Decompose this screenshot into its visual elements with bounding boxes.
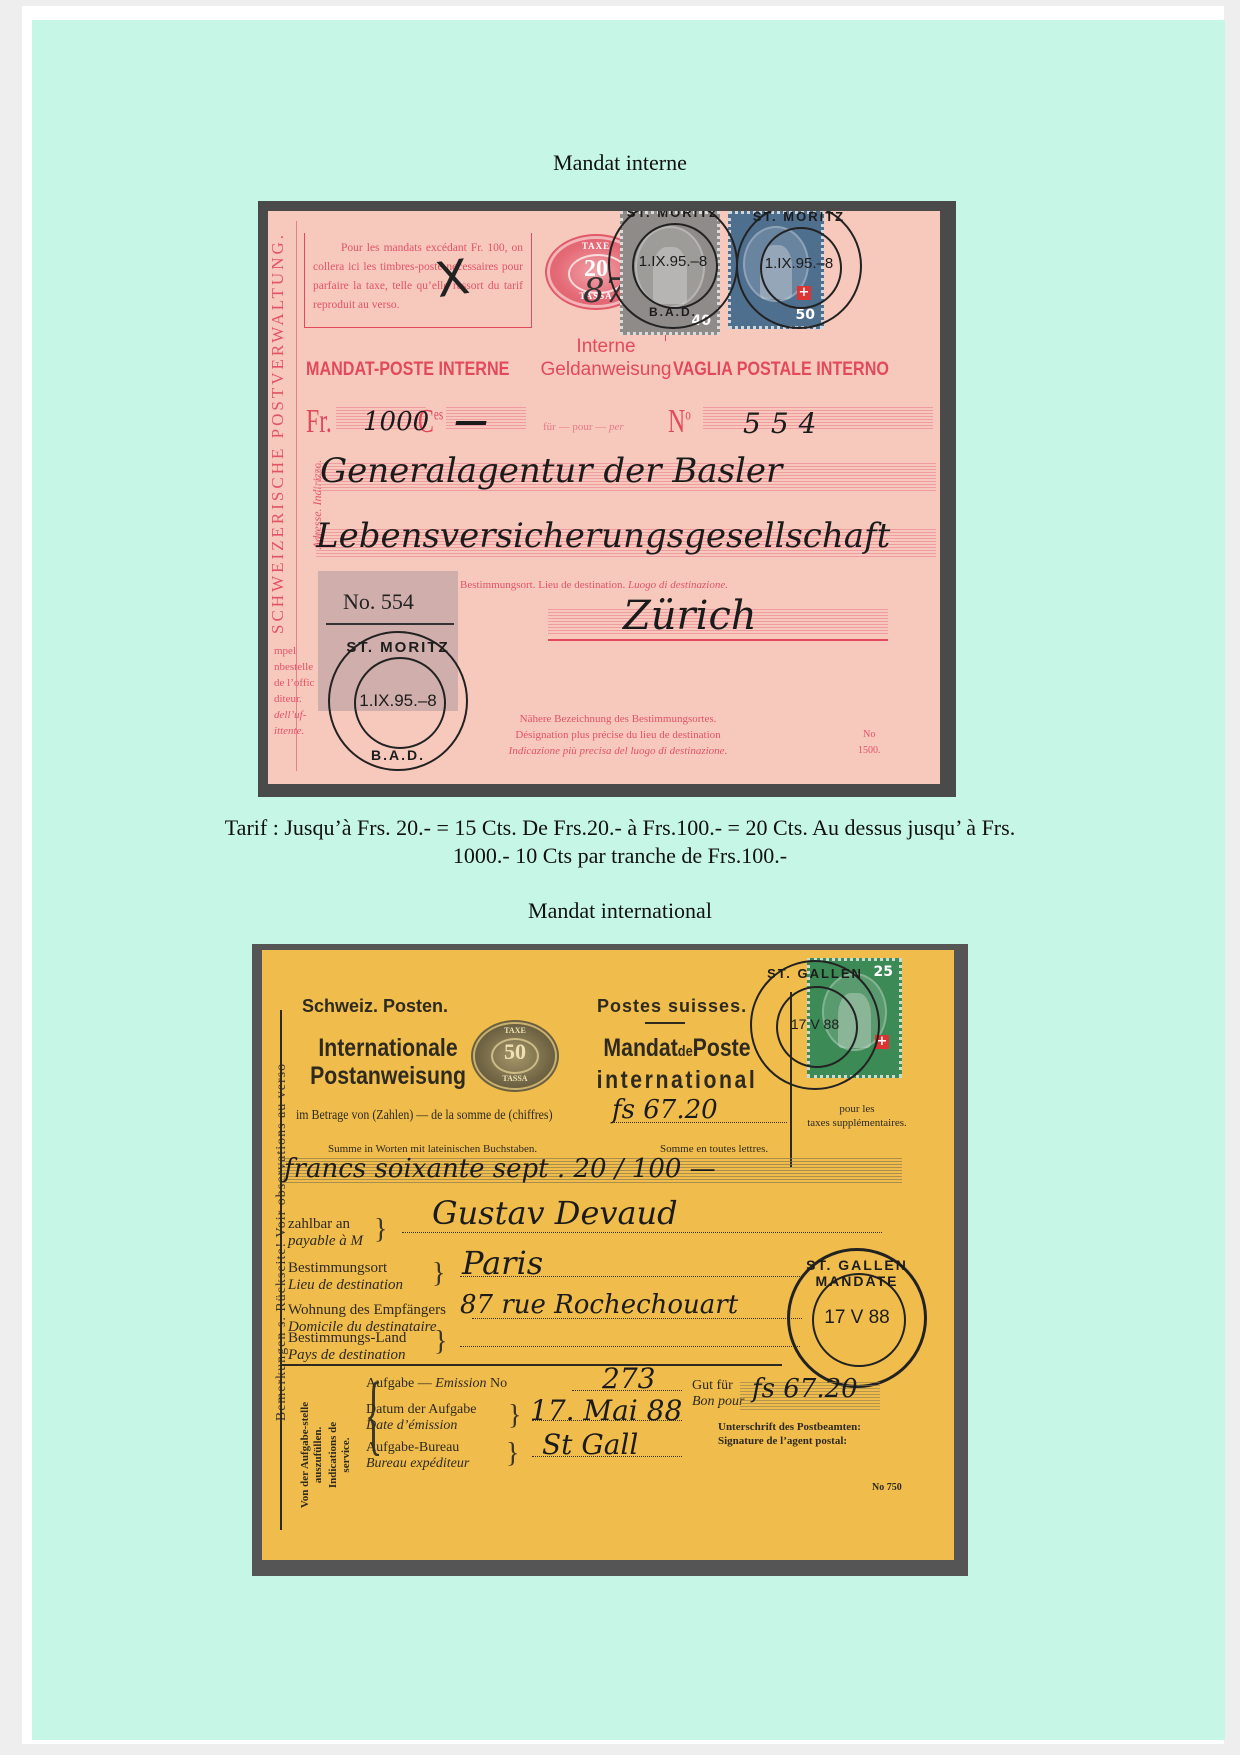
divider bbox=[548, 639, 888, 641]
header-fr: Postes suisses. bbox=[597, 996, 747, 1017]
title-it: VAGLIA POSTALE INTERNO bbox=[673, 359, 889, 381]
bureau-label: Aufgabe-Bureau Bureau expéditeur bbox=[366, 1440, 469, 1472]
form-number: No 1500. bbox=[858, 727, 881, 759]
header-de: Schweiz. Posten. bbox=[302, 996, 448, 1017]
payee-handwritten: Gustav Devaud bbox=[432, 1194, 678, 1232]
side-label-a: Von der Aufgabe-stelle auszufüllen. bbox=[299, 1395, 329, 1515]
fr-label: Fr. bbox=[306, 403, 332, 441]
form-number: No 750 bbox=[872, 1482, 902, 1493]
notice-text: Pour les mandats excédant Fr. 100, on co… bbox=[313, 239, 523, 315]
good-for-handwritten: fs 67.20 bbox=[752, 1374, 858, 1404]
good-for-label: Gut für Bon pour bbox=[692, 1378, 745, 1410]
footer-text: Nähere Bezeichnung des Bestimmungsortes.… bbox=[448, 711, 788, 759]
side-label-b: Indications de service. bbox=[327, 1405, 357, 1505]
postmark-stmoritz-1: ST. MORITZ 1.IX.95.–8 B.A.D. bbox=[608, 211, 738, 329]
title-de-line1: Interne bbox=[526, 335, 686, 358]
coupon-number: No. 554 bbox=[343, 589, 414, 615]
date-handwritten: 17. Mai 88 bbox=[530, 1394, 682, 1427]
country-field bbox=[460, 1346, 800, 1347]
for-label: für — pour — per bbox=[543, 421, 624, 433]
title-fr: MandatdePoste international bbox=[588, 1034, 767, 1094]
cents-handwritten: — bbox=[454, 401, 488, 441]
destination-handwritten: Zürich bbox=[623, 593, 757, 639]
country-label: Bestimmungs-Land Pays de destination bbox=[288, 1330, 406, 1364]
taxes-note: pour les taxes supplémentaires. bbox=[792, 1102, 922, 1130]
tax-value: 50 bbox=[475, 1039, 555, 1065]
divider bbox=[645, 1022, 685, 1024]
left-fragment-text: mpel nbestelle de l’offic diteur. dell’u… bbox=[274, 643, 314, 739]
words-handwritten: francs soixante sept . 20 / 100 — bbox=[284, 1154, 716, 1184]
addressee-line2: Lebensversicherungsgesellschaft bbox=[316, 516, 890, 556]
emission-label: Aufgabe — Emission No bbox=[366, 1376, 507, 1392]
tarif-text: Tarif : Jusqu’à Frs. 20.- = 15 Cts. De F… bbox=[140, 814, 1100, 870]
tarif-line-2: 1000.- 10 Cts par tranche de Frs.100.- bbox=[140, 842, 1100, 870]
destination-handwritten: Paris bbox=[462, 1244, 543, 1282]
postmark-stmoritz-2: ST. MORITZ 1.IX.95.–8 bbox=[736, 211, 862, 329]
destination-label: Bestimmungsort. Lieu de destination. Luo… bbox=[460, 579, 728, 591]
money-order-internal: SCHWEIZERISCHE POSTVERWALTUNG. Adresse. … bbox=[268, 211, 940, 784]
postmark-stgallen-mandate: ST. GALLEN MANDATE 17 V 88 bbox=[787, 1248, 927, 1388]
no-label: No bbox=[668, 403, 691, 441]
divider bbox=[326, 623, 454, 625]
title-de: Interne Geldanweisung bbox=[526, 335, 686, 381]
section-caption-internal: Mandat interne bbox=[0, 150, 1240, 176]
amount-handwritten: fs 67.20 bbox=[612, 1095, 718, 1125]
stamp-notice-box: Pour les mandats excédant Fr. 100, on co… bbox=[304, 233, 532, 328]
addressee-line1: Generalagentur der Basler bbox=[320, 451, 782, 491]
date-label: Datum der Aufgabe Date d’émission bbox=[366, 1402, 476, 1434]
title-fr: MANDAT-POSTE INTERNE bbox=[306, 359, 509, 381]
title-de-line2: Geldanweisung bbox=[526, 358, 686, 381]
brace: } bbox=[374, 1214, 387, 1246]
vertical-admin-text: SCHWEIZERISCHE POSTVERWALTUNG. bbox=[268, 211, 292, 673]
payee-field bbox=[402, 1232, 882, 1233]
signature-label: Unterschrift des Postbeamten: Signature … bbox=[718, 1420, 861, 1448]
money-order-international: Bemerkungen s. Rückseite! Voir observati… bbox=[262, 950, 954, 1560]
brace: } bbox=[434, 1326, 447, 1358]
divider bbox=[280, 1010, 282, 1530]
tax-imprint-oval: TAXE 50 TASSA bbox=[475, 1024, 555, 1088]
domicile-handwritten: 87 rue Rochechouart bbox=[460, 1290, 738, 1320]
postmark-stgallen-stamp: ST. GALLEN 17 V 88 bbox=[750, 960, 880, 1090]
amount-handwritten: 1000 bbox=[363, 407, 429, 437]
tarif-line-1: Tarif : Jusqu’à Frs. 20.- = 15 Cts. De F… bbox=[140, 814, 1100, 842]
divider bbox=[282, 1364, 782, 1366]
destination-label: Bestimmungsort Lieu de destination bbox=[288, 1260, 403, 1294]
bureau-handwritten: St Gall bbox=[542, 1428, 638, 1461]
title-de: Internationale Postanweisung bbox=[303, 1034, 473, 1090]
brace: } bbox=[432, 1258, 445, 1290]
number-handwritten: 554 bbox=[743, 407, 826, 440]
postmark-stmoritz-3: ST. MORITZ 1.IX.95.–8 B.A.D. bbox=[328, 631, 468, 771]
payee-label: zahlbar an payable à M bbox=[288, 1216, 363, 1250]
amount-label: im Betrage von (Zahlen) — de la somme de… bbox=[296, 1108, 553, 1124]
emission-handwritten: 273 bbox=[602, 1362, 655, 1395]
brace: } bbox=[506, 1438, 519, 1470]
section-caption-international: Mandat international bbox=[0, 898, 1240, 924]
brace: } bbox=[508, 1400, 521, 1432]
